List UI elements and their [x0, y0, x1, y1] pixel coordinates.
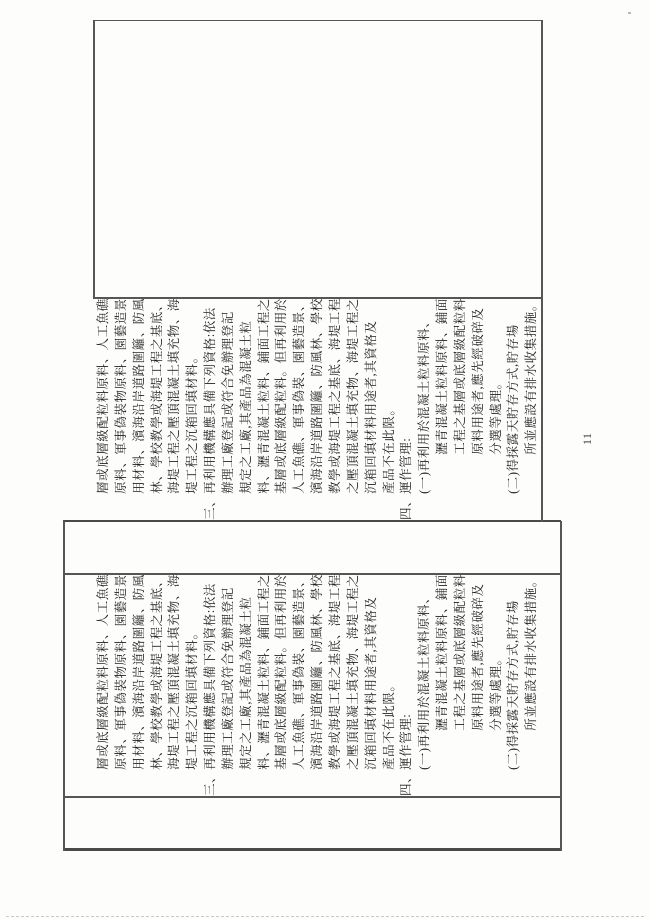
text-line: 基層或底層級配粒料。但再利用於	[273, 572, 291, 796]
text-line: 辦理工廠登記或符合免辦理登記	[220, 572, 238, 796]
text-line: 分選等處理。	[488, 296, 506, 520]
text-line: 沉箱回填材料用途者,其資格及	[363, 572, 381, 796]
scanned-document-page: 層或底層級配粒料原料、人工魚礁原料、軍事偽裝物原料、園藝造景用材料、濱海沿岸道路…	[0, 0, 650, 919]
text-line: 規定之工廠,其產品為混凝土粒	[238, 296, 256, 520]
text-line: 濱海沿岸道路圍籬、防風林、學校	[309, 296, 327, 520]
text-line: 原料用途者,應先經破碎及	[470, 572, 488, 796]
text-line: 沉箱回填材料用途者,其資格及	[363, 296, 381, 520]
text-line: (二)得採露天貯存方式,貯存場	[505, 296, 523, 520]
text-line: 工程之基層或底層級配粒料	[452, 572, 470, 796]
text-line: 料、瀝青混凝土粒料、鋪面工程之	[256, 296, 274, 520]
text-line: (一)再利用於混凝土粒料原料、	[416, 572, 434, 796]
text-line: 人工魚礁、軍事偽裝、園藝造景、	[291, 572, 309, 796]
table1-border-right	[93, 20, 542, 22]
text-line: 原料用途者,應先經破碎及	[470, 296, 488, 520]
text-line: 堤工程之沉箱回填材料。	[184, 572, 202, 796]
text-line: 瀝青混凝土粒料原料、鋪面	[434, 572, 452, 796]
table2-border-bottom	[560, 521, 562, 851]
text-line: 所並應設有排水收集措施。	[523, 296, 541, 520]
text-line: 產品不在此限。	[381, 572, 399, 796]
text-line: 層或底層級配粒料原料、人工魚礁	[95, 296, 113, 520]
text-line: 用材料、濱海沿岸道路圍籬、防風	[131, 296, 149, 520]
text-line: 基層或底層級配粒料。但再利用於	[273, 296, 291, 520]
text-line: 層或底層級配粒料原料、人工魚礁	[95, 572, 113, 796]
text-block-copy-1: 層或底層級配粒料原料、人工魚礁原料、軍事偽裝物原料、園藝造景用材料、濱海沿岸道路…	[95, 296, 541, 520]
text-line: 產品不在此限。	[381, 296, 399, 520]
text-line: 分選等處理。	[488, 572, 506, 796]
text-line: 海堤工程之壓頂混凝土填充物、海	[166, 296, 184, 520]
text-line: 之壓頂混凝土填充物、海堤工程之	[345, 296, 363, 520]
scan-edge-artifact	[6, 916, 644, 917]
text-line: 四、運作管理:	[398, 572, 416, 796]
text-line: 原料、軍事偽裝物原料、園藝造景	[113, 572, 131, 796]
table1-border-bottom	[541, 20, 543, 522]
text-line: 海堤工程之壓頂混凝土填充物、海	[166, 572, 184, 796]
text-line: 教學或海堤工程之基底、海堤工程	[327, 572, 345, 796]
rotated-scan-surface: 層或底層級配粒料原料、人工魚礁原料、軍事偽裝物原料、園藝造景用材料、濱海沿岸道路…	[0, 0, 650, 919]
text-line: 工程之基層或底層級配粒料	[452, 296, 470, 520]
text-line: 四、運作管理:	[398, 296, 416, 520]
table2-divider-a	[63, 797, 561, 799]
text-block-copy-2: 層或底層級配粒料原料、人工魚礁原料、軍事偽裝物原料、園藝造景用材料、濱海沿岸道路…	[95, 572, 541, 796]
text-line: 之壓頂混凝土填充物、海堤工程之	[345, 572, 363, 796]
text-line: 濱海沿岸道路圍籬、防風林、學校	[309, 572, 327, 796]
text-line: 人工魚礁、軍事偽裝、園藝造景、	[291, 296, 309, 520]
scan-speck	[628, 12, 631, 14]
text-line: 瀝青混凝土粒料原料、鋪面	[434, 296, 452, 520]
text-line: 所並應設有排水收集措施。	[523, 572, 541, 796]
text-line: 三、再利用機構應具備下列資格:依法	[202, 572, 220, 796]
text-line: 辦理工廠登記或符合免辦理登記	[220, 296, 238, 520]
text-line: 料、瀝青混凝土粒料、鋪面工程之	[256, 572, 274, 796]
text-line: 規定之工廠,其產品為混凝土粒	[238, 572, 256, 796]
text-line: 三、再利用機構應具備下列資格:依法	[202, 296, 220, 520]
text-line: 林、學校教學或海堤工程之基底、	[149, 572, 167, 796]
text-line: 林、學校教學或海堤工程之基底、	[149, 296, 167, 520]
table2-border-top	[63, 521, 65, 851]
table-shared-edge	[63, 520, 561, 522]
text-line: (一)再利用於混凝土粒料原料、	[416, 296, 434, 520]
text-line: 原料、軍事偽裝物原料、園藝造景	[113, 296, 131, 520]
table2-border-left	[63, 849, 561, 852]
table1-border-top-partial	[93, 20, 95, 298]
page-number: 11	[580, 432, 595, 445]
text-line: 堤工程之沉箱回填材料。	[184, 296, 202, 520]
text-line: (二)得採露天貯存方式,貯存場	[505, 572, 523, 796]
text-line: 用材料、濱海沿岸道路圍籬、防風	[131, 572, 149, 796]
text-line: 教學或海堤工程之基底、海堤工程	[327, 296, 345, 520]
